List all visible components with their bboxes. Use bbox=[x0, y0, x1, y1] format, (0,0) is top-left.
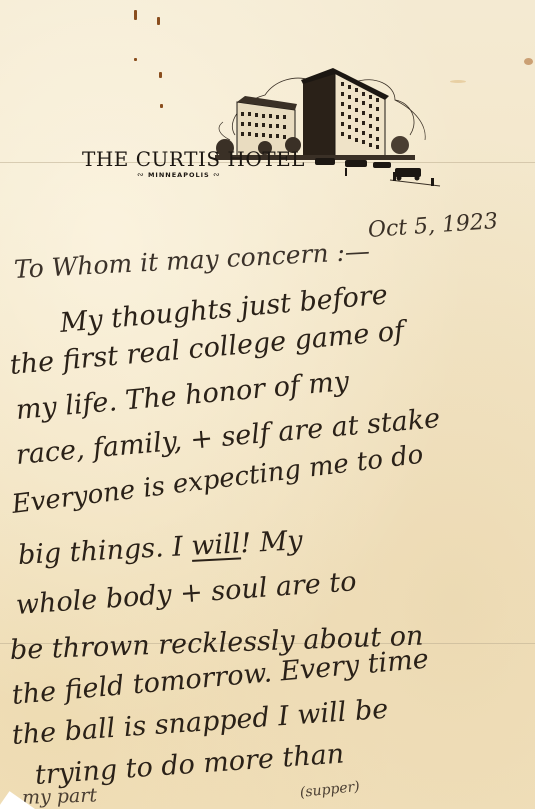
letter-page: THE CURTIS HOTEL ∾ MINNEAPOLIS ∾ Oct 5, … bbox=[0, 0, 535, 809]
letterhead: THE CURTIS HOTEL ∾ MINNEAPOLIS ∾ bbox=[75, 40, 445, 190]
letter-line-text: ! My bbox=[240, 525, 304, 559]
letter-line: big things. I will! My bbox=[17, 525, 303, 571]
hotel-city: ∾ MINNEAPOLIS ∾ bbox=[137, 170, 221, 179]
letter-line-faint: my part bbox=[22, 784, 98, 809]
stain-spot bbox=[524, 58, 533, 65]
underlined-word: will bbox=[191, 528, 242, 562]
letter-line: whole body + soul are to bbox=[15, 566, 358, 621]
letter-line-text: big things. I bbox=[17, 531, 192, 571]
ornament-left: ∾ bbox=[137, 170, 145, 179]
letter-line: trying to do more than bbox=[34, 738, 345, 791]
salutation: To Whom it may concern :— bbox=[13, 236, 370, 284]
stain-spot bbox=[450, 80, 466, 83]
marginal-note: (supper) bbox=[299, 779, 360, 801]
hotel-name: THE CURTIS HOTEL bbox=[82, 147, 305, 171]
ornament-right: ∾ bbox=[213, 170, 221, 179]
hotel-city-text: MINNEAPOLIS bbox=[148, 171, 210, 179]
letter-date: Oct 5, 1923 bbox=[367, 209, 499, 243]
